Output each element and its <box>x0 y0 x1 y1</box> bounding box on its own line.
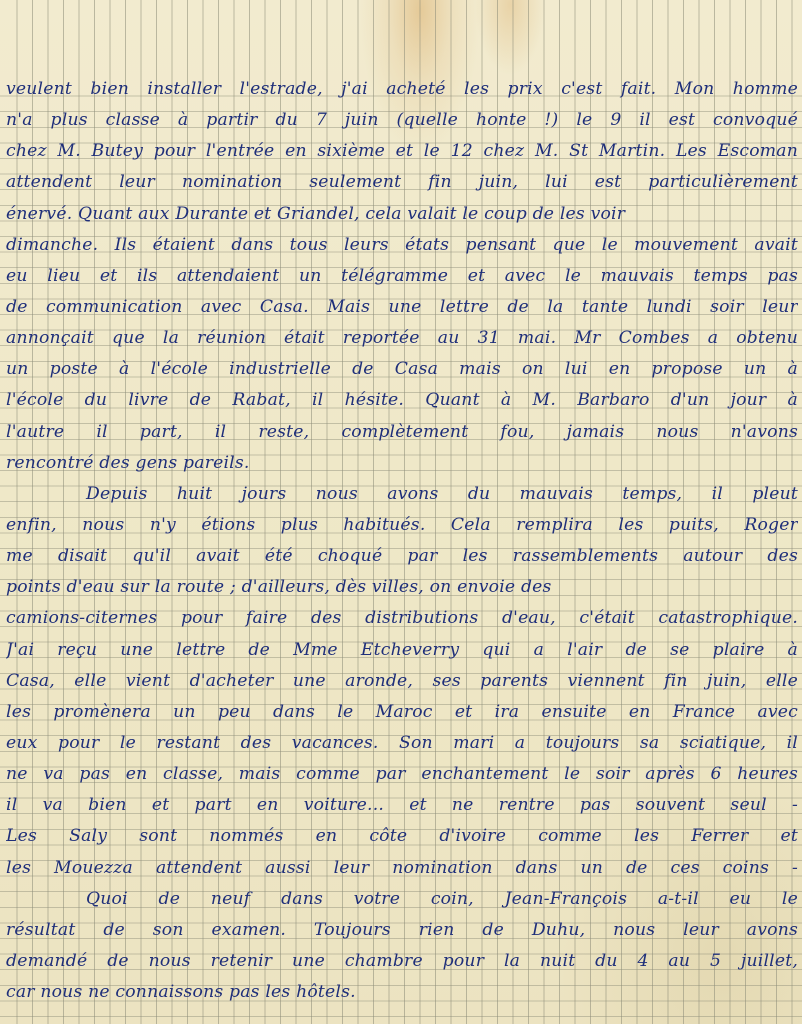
text-line: les promènera un peu dans le Maroc et ir… <box>6 697 798 728</box>
handwritten-text: veulent bien installer l'estrade, j'ai a… <box>6 74 798 1008</box>
text-line: un poste à l'école industrielle de Casa … <box>6 354 798 385</box>
letter-page: veulent bien installer l'estrade, j'ai a… <box>0 0 802 1024</box>
text-line: ne va pas en classe, mais comme par ench… <box>6 759 798 790</box>
text-line: n'a plus classe à partir du 7 juin (quel… <box>6 105 798 136</box>
text-line: J'ai reçu une lettre de Mme Etcheverry q… <box>6 635 798 666</box>
text-line: points d'eau sur la route ; d'ailleurs, … <box>6 572 798 603</box>
text-line: les Mouezza attendent aussi leur nominat… <box>6 853 798 884</box>
text-line: eu lieu et ils attendaient un télégramme… <box>6 261 798 292</box>
text-line: camions-citernes pour faire des distribu… <box>6 603 798 634</box>
text-line: Quoi de neuf dans votre coin, Jean-Franç… <box>6 884 798 915</box>
text-line: enfin, nous n'y étions plus habitués. Ce… <box>6 510 798 541</box>
text-line: rencontré des gens pareils. <box>6 448 798 479</box>
text-line: énervé. Quant aux Durante et Griandel, c… <box>6 199 798 230</box>
text-line: l'autre il part, il reste, complètement … <box>6 417 798 448</box>
text-line: annonçait que la réunion était reportée … <box>6 323 798 354</box>
text-line: de communication avec Casa. Mais une let… <box>6 292 798 323</box>
text-line: chez M. Butey pour l'entrée en sixième e… <box>6 136 798 167</box>
text-line: attendent leur nomination seulement fin … <box>6 167 798 198</box>
text-line: l'école du livre de Rabat, il hésite. Qu… <box>6 385 798 416</box>
text-line: eux pour le restant des vacances. Son ma… <box>6 728 798 759</box>
text-line: résultat de son examen. Toujours rien de… <box>6 915 798 946</box>
text-line: Depuis huit jours nous avons du mauvais … <box>6 479 798 510</box>
text-line: me disait qu'il avait été choqué par les… <box>6 541 798 572</box>
text-line: dimanche. Ils étaient dans tous leurs ét… <box>6 230 798 261</box>
text-line: il va bien et part en voiture... et ne r… <box>6 790 798 821</box>
text-line: Les Saly sont nommés en côte d'ivoire co… <box>6 821 798 852</box>
text-line: car nous ne connaissons pas les hôtels. <box>6 977 798 1008</box>
text-line: veulent bien installer l'estrade, j'ai a… <box>6 74 798 105</box>
text-line: Casa, elle vient d'acheter une aronde, s… <box>6 666 798 697</box>
text-line: demandé de nous retenir une chambre pour… <box>6 946 798 977</box>
